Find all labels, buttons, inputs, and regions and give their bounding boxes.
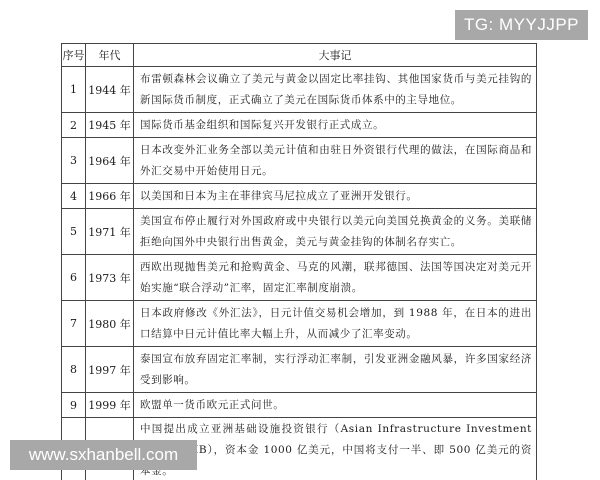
table-row: 51971 年美国宣布停止履行对外国政府或中央银行以美元向美国兑换黄金的义务。美… <box>62 209 537 255</box>
row-event-description: 以美国和日本为主在菲律宾马尼拉成立了亚洲开发银行。 <box>134 184 537 209</box>
table-row: 11944 年布雷顿森林会议确立了美元与黄金以固定比率挂钩、其他国家货币与美元挂… <box>62 67 537 113</box>
row-year: 1999 年 <box>86 393 134 418</box>
row-event-description: 欧盟单一货币欧元正式问世。 <box>134 393 537 418</box>
table-row: 31964 年日本改变外汇业务全部以美元计值和由驻日外资银行代理的做法，在国际商… <box>62 138 537 184</box>
row-event-description: 日本改变外汇业务全部以美元计值和由驻日外资银行代理的做法，在国际商品和外汇交易中… <box>134 138 537 184</box>
watermark-bottom-left: www.sxhanbell.com <box>10 440 197 470</box>
row-year: 1997 年 <box>86 347 134 393</box>
row-serial-number: 8 <box>62 347 86 393</box>
table-row: 81997 年泰国宣布放弃固定汇率制，实行浮动汇率制，引发亚洲金融风暴，许多国家… <box>62 347 537 393</box>
row-serial-number: 6 <box>62 255 86 301</box>
row-year: 1971 年 <box>86 209 134 255</box>
events-table: 序号 年代 大事记 11944 年布雷顿森林会议确立了美元与黄金以固定比率挂钩、… <box>61 43 537 480</box>
row-event-description: 西欧出现抛售美元和抢购黄金、马克的风潮，联邦德国、法国等国决定对美元开始实施“联… <box>134 255 537 301</box>
row-serial-number: 4 <box>62 184 86 209</box>
row-year: 1980 年 <box>86 301 134 347</box>
header-serial-number: 序号 <box>62 44 86 67</box>
table-header-row: 序号 年代 大事记 <box>62 44 537 67</box>
row-event-description: 美国宣布停止履行对外国政府或中央银行以美元向美国兑换黄金的义务。美联储拒绝向国外… <box>134 209 537 255</box>
table-body: 11944 年布雷顿森林会议确立了美元与黄金以固定比率挂钩、其他国家货币与美元挂… <box>62 67 537 480</box>
row-event-description: 国际货币基金组织和国际复兴开发银行正式成立。 <box>134 113 537 138</box>
row-year: 1973 年 <box>86 255 134 301</box>
watermark-top-right: TG: MYYJJPP <box>455 10 588 40</box>
table-row: 21945 年国际货币基金组织和国际复兴开发银行正式成立。 <box>62 113 537 138</box>
row-serial-number: 3 <box>62 138 86 184</box>
row-year: 1966 年 <box>86 184 134 209</box>
row-serial-number: 9 <box>62 393 86 418</box>
row-event-description: 泰国宣布放弃固定汇率制，实行浮动汇率制，引发亚洲金融风暴，许多国家经济受到影响。 <box>134 347 537 393</box>
row-serial-number: 7 <box>62 301 86 347</box>
table-row: 41966 年以美国和日本为主在菲律宾马尼拉成立了亚洲开发银行。 <box>62 184 537 209</box>
header-major-events: 大事记 <box>134 44 537 67</box>
table-row: 61973 年西欧出现抛售美元和抢购黄金、马克的风潮，联邦德国、法国等国决定对美… <box>62 255 537 301</box>
table-row: 91999 年欧盟单一货币欧元正式问世。 <box>62 393 537 418</box>
events-table-container: 序号 年代 大事记 11944 年布雷顿森林会议确立了美元与黄金以固定比率挂钩、… <box>61 43 536 480</box>
row-year: 1945 年 <box>86 113 134 138</box>
row-year: 1964 年 <box>86 138 134 184</box>
row-year: 1944 年 <box>86 67 134 113</box>
row-event-description: 布雷顿森林会议确立了美元与黄金以固定比率挂钩、其他国家货币与美元挂钩的新国际货币… <box>134 67 537 113</box>
header-year: 年代 <box>86 44 134 67</box>
row-serial-number: 1 <box>62 67 86 113</box>
row-serial-number: 2 <box>62 113 86 138</box>
row-event-description: 日本政府修改《外汇法》，日元计值交易机会增加，到 1988 年，在日本的进出口结… <box>134 301 537 347</box>
row-serial-number: 5 <box>62 209 86 255</box>
table-row: 71980 年日本政府修改《外汇法》，日元计值交易机会增加，到 1988 年，在… <box>62 301 537 347</box>
